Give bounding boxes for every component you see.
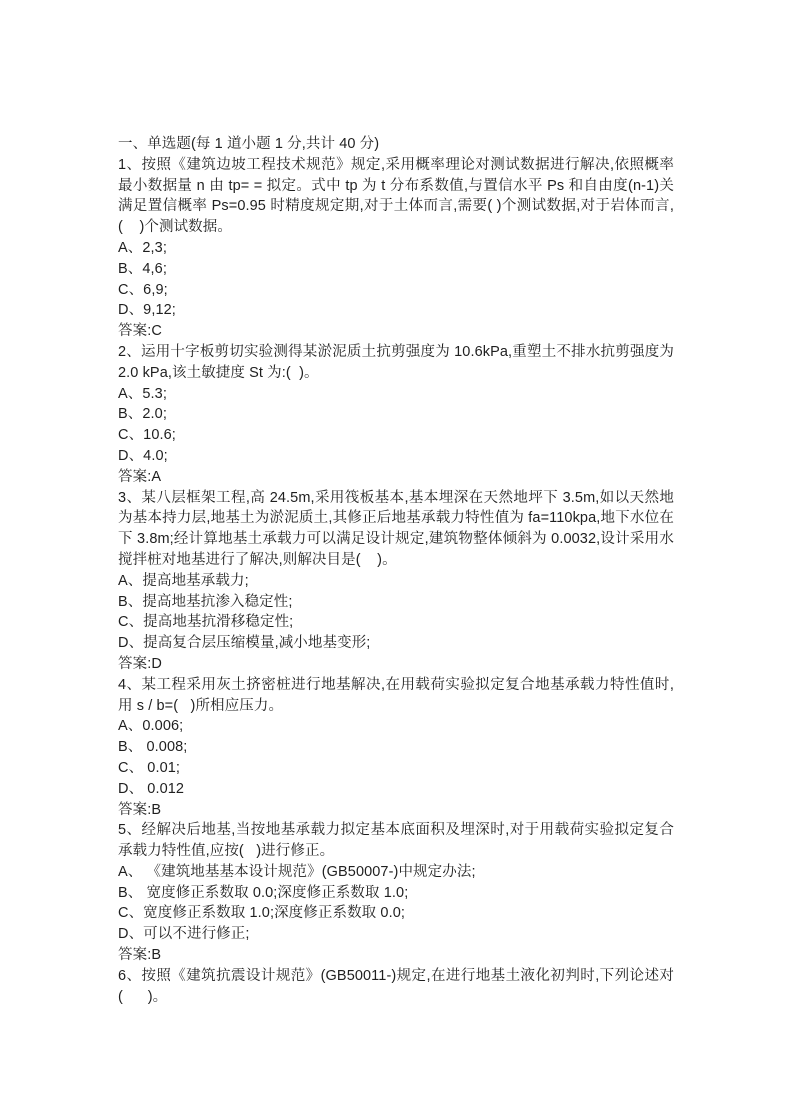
question-1-option-b: B、4,6; — [118, 259, 674, 280]
question-3: 3、某八层框架工程,高 24.5m,采用筏板基本,基本埋深在天然地坪下 3.5m… — [118, 488, 674, 675]
question-5-option-b: B、 宽度修正系数取 0.0;深度修正系数取 1.0; — [118, 883, 674, 904]
question-2-stem-line-1: 2、运用十字板剪切实验测得某淤泥质土抗剪强度为 10.6kPa,重塑土不排水抗剪… — [118, 342, 674, 363]
question-2-option-d: D、4.0; — [118, 446, 674, 467]
question-1-stem-line-2: 最小数据量 n 由 tp= = 拟定。式中 tp 为 t 分布系数值,与置信水平… — [118, 176, 674, 197]
question-3-option-c: C、提高地基抗滑移稳定性; — [118, 612, 674, 633]
question-3-stem-line-1: 3、某八层框架工程,高 24.5m,采用筏板基本,基本埋深在天然地坪下 3.5m… — [118, 488, 674, 509]
question-5-stem-line-2: 承载力特性值,应按( )进行修正。 — [118, 841, 674, 862]
question-3-answer: 答案:D — [118, 654, 674, 675]
question-4: 4、某工程采用灰土挤密桩进行地基解决,在用载荷实验拟定复合地基承载力特性值时,可… — [118, 675, 674, 821]
question-4-option-c: C、 0.01; — [118, 758, 674, 779]
question-3-stem-line-2: 为基本持力层,地基土为淤泥质土,其修正后地基承载力特性值为 fa=110kpa,… — [118, 508, 674, 529]
question-3-option-d: D、提高复合层压缩模量,减小地基变形; — [118, 633, 674, 654]
question-4-option-b: B、 0.008; — [118, 737, 674, 758]
section-heading: 一、单选题(每 1 道小题 1 分,共计 40 分) — [118, 134, 674, 155]
question-3-stem-line-4: 搅拌桩对地基进行了解决,则解决目是( )。 — [118, 550, 674, 571]
question-5-stem-line-1: 5、经解决后地基,当按地基承载力拟定基本底面积及埋深时,对于用载荷实验拟定复合地… — [118, 820, 674, 841]
document-page: 一、单选题(每 1 道小题 1 分,共计 40 分) 1、按照《建筑边坡工程技术… — [0, 0, 792, 1120]
question-1-stem-line-1: 1、按照《建筑边坡工程技术规范》规定,采用概率理论对测试数据进行解决,依照概率理… — [118, 155, 674, 176]
question-1-stem-line-3: 满足置信概率 Ps=0.95 时精度规定期,对于土体而言,需要( )个测试数据,… — [118, 196, 674, 217]
question-1-stem-line-4: ( )个测试数据。 — [118, 217, 674, 238]
question-1-option-d: D、9,12; — [118, 300, 674, 321]
question-5-answer: 答案:B — [118, 945, 674, 966]
question-1-option-a: A、2,3; — [118, 238, 674, 259]
question-4-option-a: A、0.006; — [118, 716, 674, 737]
question-6-stem-line-2: ( )。 — [118, 987, 674, 1008]
question-5-option-d: D、可以不进行修正; — [118, 924, 674, 945]
question-4-stem-line-2: 用 s / b=( )所相应压力。 — [118, 696, 674, 717]
question-2-answer: 答案:A — [118, 467, 674, 488]
question-5: 5、经解决后地基,当按地基承载力拟定基本底面积及埋深时,对于用载荷实验拟定复合地… — [118, 820, 674, 966]
question-5-option-c: C、宽度修正系数取 1.0;深度修正系数取 0.0; — [118, 903, 674, 924]
question-1-option-c: C、6,9; — [118, 280, 674, 301]
question-4-option-d: D、 0.012 — [118, 779, 674, 800]
question-2-option-b: B、2.0; — [118, 404, 674, 425]
question-4-stem-line-1: 4、某工程采用灰土挤密桩进行地基解决,在用载荷实验拟定复合地基承载力特性值时,可… — [118, 675, 674, 696]
question-3-option-a: A、提高地基承载力; — [118, 571, 674, 592]
question-1-answer: 答案:C — [118, 321, 674, 342]
question-3-stem-line-3: 下 3.8m;经计算地基土承载力可以满足设计规定,建筑物整体倾斜为 0.0032… — [118, 529, 674, 550]
question-2-option-c: C、10.6; — [118, 425, 674, 446]
question-6-stem-line-1: 6、按照《建筑抗震设计规范》(GB50011-)规定,在进行地基土液化初判时,下… — [118, 966, 674, 987]
question-4-answer: 答案:B — [118, 800, 674, 821]
exam-text-block: 一、单选题(每 1 道小题 1 分,共计 40 分) 1、按照《建筑边坡工程技术… — [118, 134, 674, 1007]
question-2-stem-line-2: 2.0 kPa,该土敏捷度 St 为:( )。 — [118, 363, 674, 384]
question-5-option-a: A、 《建筑地基基本设计规范》(GB50007-)中规定办法; — [118, 862, 674, 883]
question-2: 2、运用十字板剪切实验测得某淤泥质土抗剪强度为 10.6kPa,重塑土不排水抗剪… — [118, 342, 674, 488]
question-6: 6、按照《建筑抗震设计规范》(GB50011-)规定,在进行地基土液化初判时,下… — [118, 966, 674, 1008]
question-3-option-b: B、提高地基抗渗入稳定性; — [118, 592, 674, 613]
question-1: 1、按照《建筑边坡工程技术规范》规定,采用概率理论对测试数据进行解决,依照概率理… — [118, 155, 674, 342]
question-2-option-a: A、5.3; — [118, 384, 674, 405]
